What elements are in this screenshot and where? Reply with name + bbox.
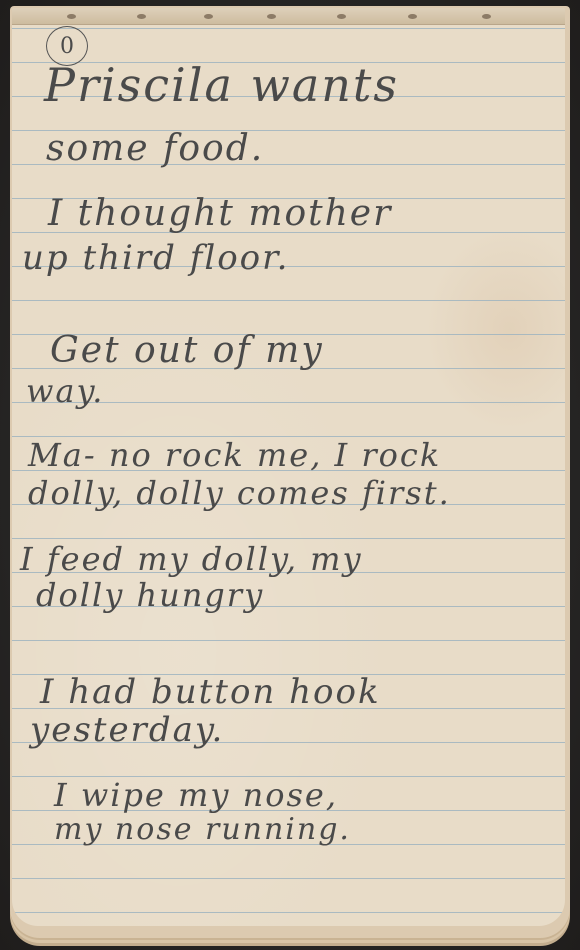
handwritten-line: yesterday. (30, 710, 224, 750)
handwritten-line: Priscila wants (44, 58, 399, 112)
page-number: 0 (60, 34, 74, 59)
ruled-line (12, 912, 565, 913)
handwritten-line: I had button hook (40, 672, 381, 712)
binding-hole (67, 14, 76, 19)
handwritten-line: I wipe my nose, (54, 776, 338, 814)
ruled-line (12, 28, 565, 29)
binding-hole (337, 14, 346, 19)
handwritten-line: Ma- no rock me, I rock (28, 436, 441, 474)
binding-hole (408, 14, 417, 19)
binding-hole (137, 14, 146, 19)
ruled-line (12, 300, 565, 301)
spiral-binding-strip (12, 8, 565, 25)
handwritten-line: Get out of my (50, 330, 324, 371)
handwritten-line: some food. (46, 128, 264, 169)
handwritten-line: up third floor. (22, 238, 289, 278)
binding-hole (482, 14, 491, 19)
handwritten-line: way. (26, 372, 104, 410)
binding-hole (204, 14, 213, 19)
handwritten-line: my nose running. (54, 812, 351, 847)
handwritten-line: I thought mother (48, 193, 392, 234)
handwritten-line: I feed my dolly, my (20, 540, 363, 578)
handwritten-line: dolly, dolly comes first. (28, 474, 451, 512)
ruled-line (12, 538, 565, 539)
notebook-page: 0 Priscila wantssome food.I thought moth… (12, 8, 565, 926)
ruled-line (12, 878, 565, 879)
handwritten-line: dolly hungry (36, 576, 264, 614)
binding-hole (267, 14, 276, 19)
ruled-line (12, 640, 565, 641)
